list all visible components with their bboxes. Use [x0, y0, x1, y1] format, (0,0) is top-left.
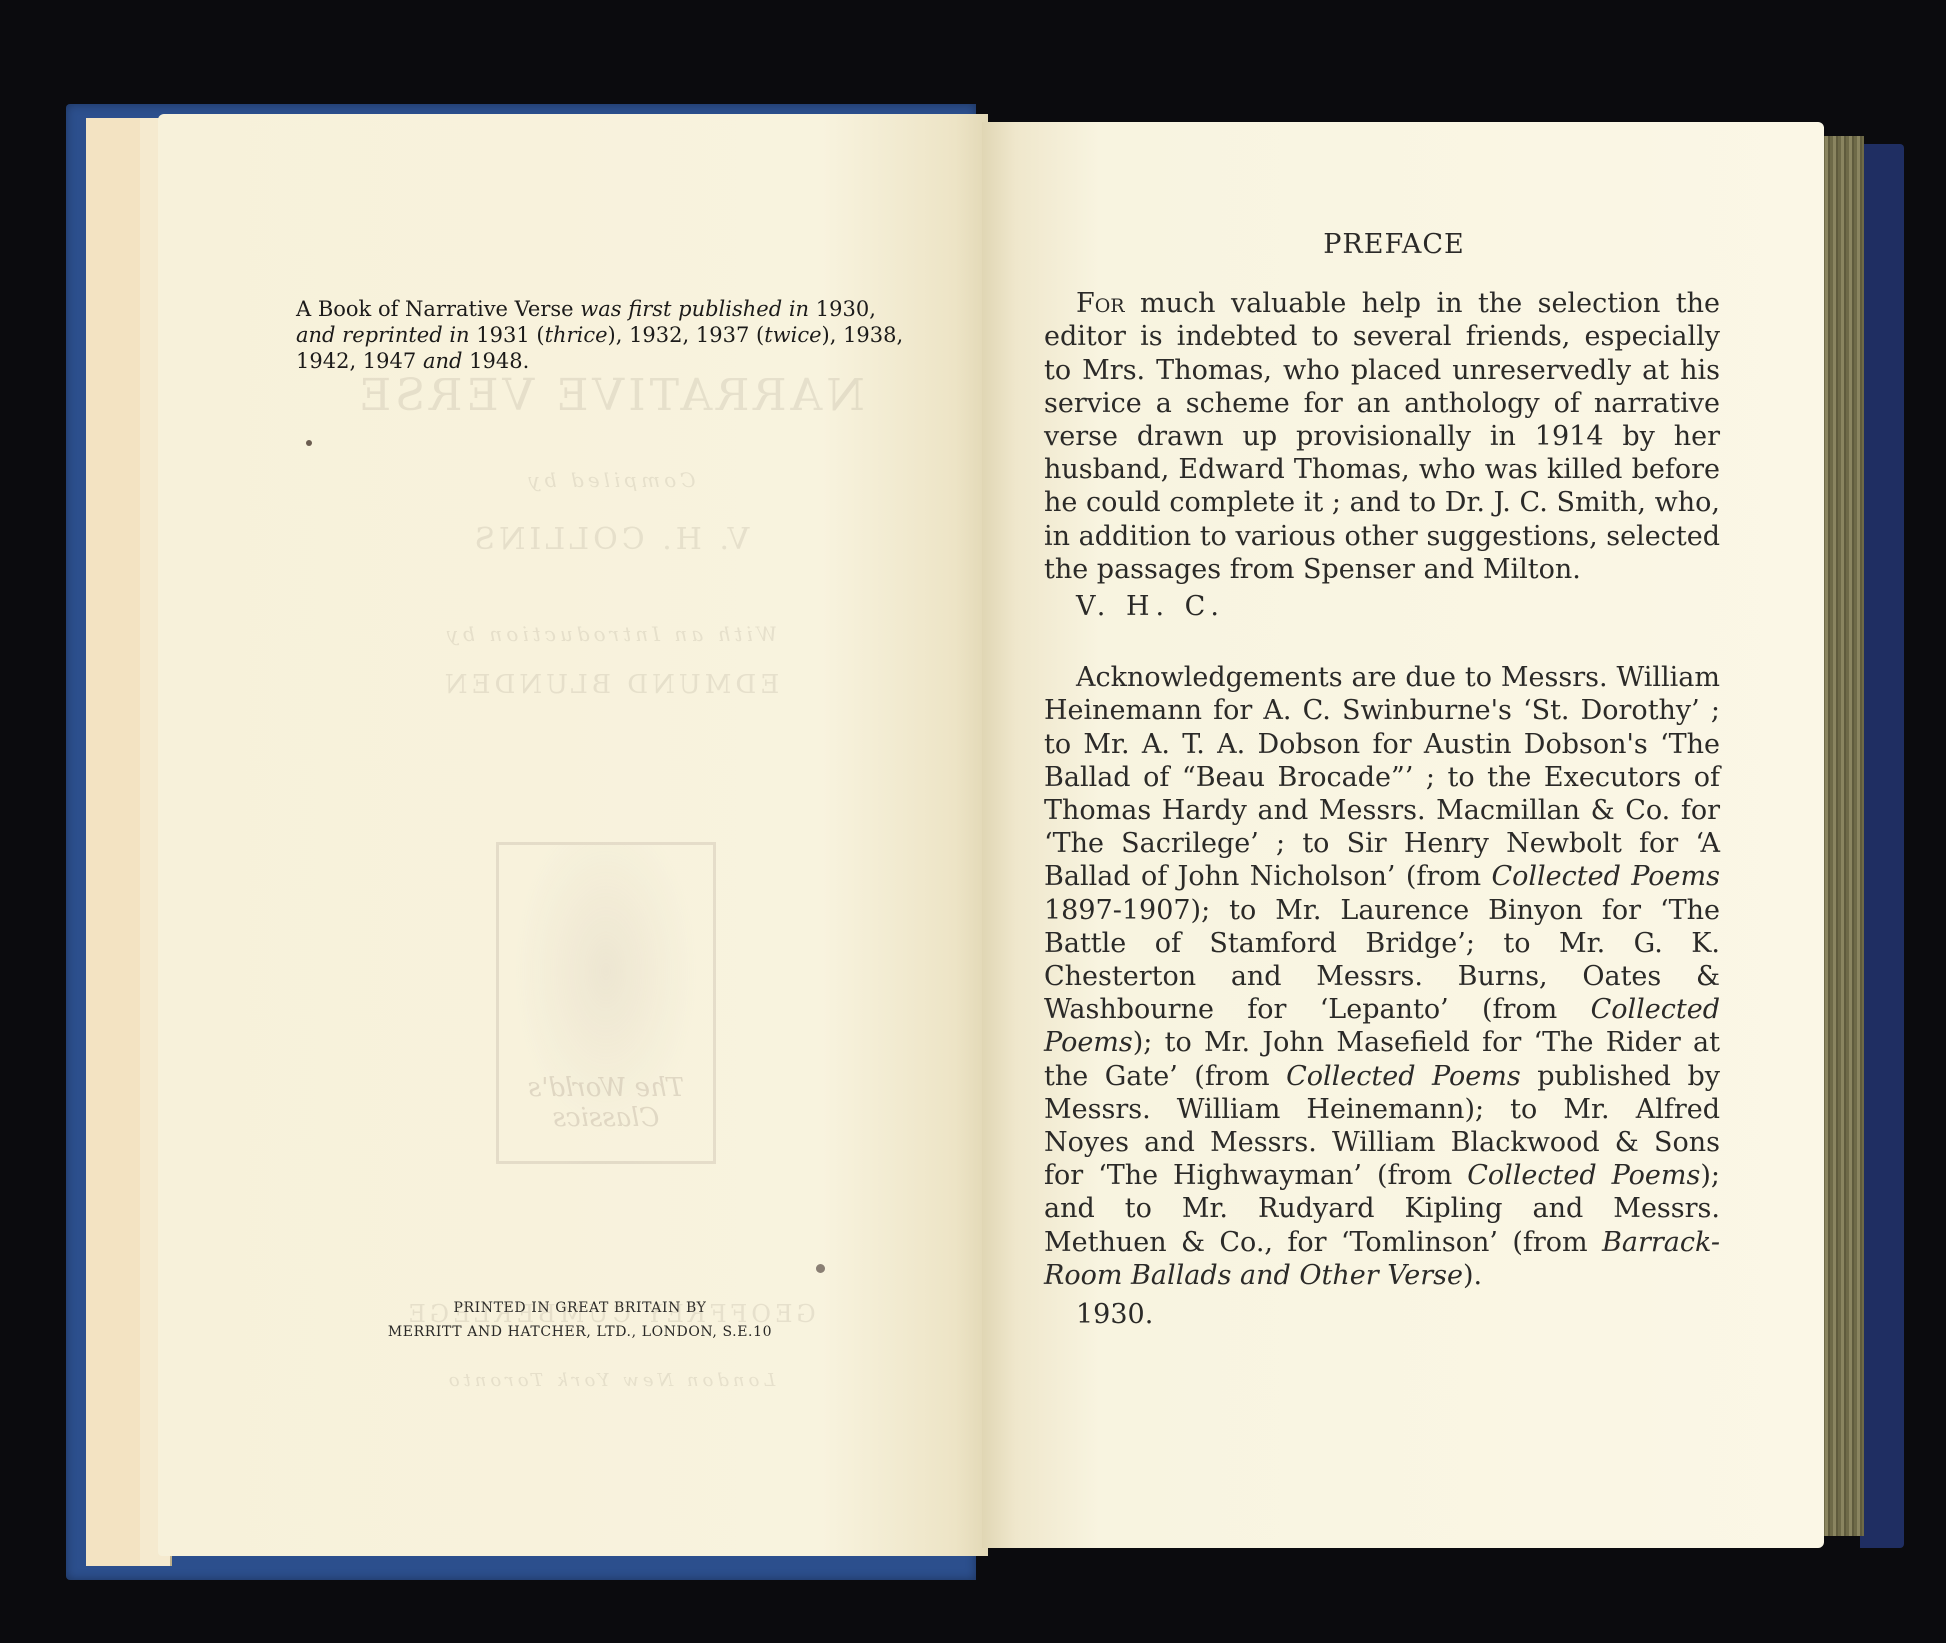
preface-text: PREFACE For much valuable help in the se… — [1044, 228, 1720, 1331]
paper-speck — [816, 1264, 825, 1273]
bleed-through-compiled-by: Compiled by — [460, 468, 760, 492]
bleed-through-editor: V. H. COLLINS — [440, 522, 780, 557]
bleed-through-intro-by: With an Introduction by — [400, 622, 820, 646]
bleed-through-intro-author: EDMUND BLUNDEN — [420, 670, 800, 700]
bleed-through-publisher: GEOFFREY CUMBERLEGE — [390, 1300, 830, 1328]
preface-year: 1930. — [1044, 1298, 1720, 1331]
preface-heading: PREFACE — [1044, 228, 1720, 261]
preface-paragraph-1: For much valuable help in the selection … — [1044, 287, 1720, 586]
bleed-through-cities: London New York Toronto — [420, 1370, 800, 1391]
page-block-edges — [1822, 136, 1864, 1536]
acknowledgements-paragraph: Acknowledgements are due to Messrs. Will… — [1044, 661, 1720, 1292]
bleed-through-title: NARRATIVE VERSE — [330, 370, 890, 421]
paper-speck — [306, 440, 312, 446]
emblem-caption: The World's Classics — [499, 1073, 713, 1133]
publisher-emblem-bleed-through: The World's Classics — [496, 842, 716, 1164]
book-title: A Book of Narrative Verse — [296, 297, 574, 321]
open-book-photo: A Book of Narrative Verse was first publ… — [0, 0, 1946, 1643]
editor-initials: V. H. C. — [1044, 590, 1720, 623]
publication-history-note: A Book of Narrative Verse was first publ… — [296, 296, 956, 374]
book-cover-right — [1860, 144, 1904, 1548]
